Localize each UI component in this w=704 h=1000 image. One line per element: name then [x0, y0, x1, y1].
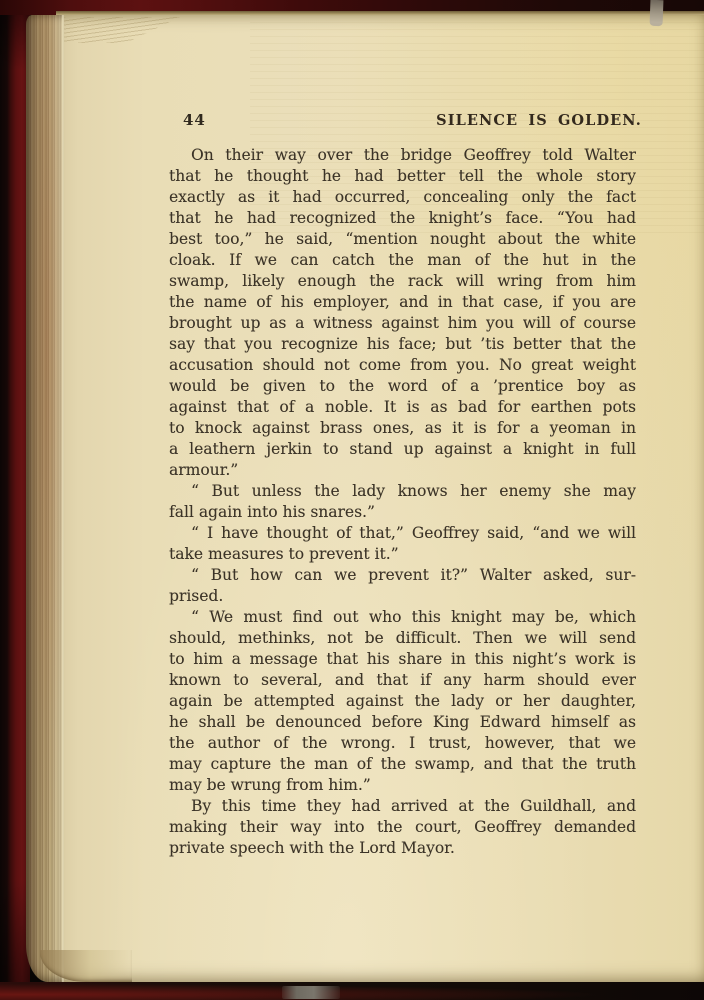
text-line: swamp, likely enough the rack will wring…	[169, 271, 636, 292]
text-line: “ But how can we prevent it?” Walter ask…	[169, 565, 636, 586]
paragraph: “ We must find out who this knight may b…	[169, 607, 636, 796]
paragraph: “ But unless the lady knows her enemy sh…	[169, 481, 636, 523]
paragraph: “ I have thought of that,” Geoffrey said…	[169, 523, 636, 565]
text-line: against that of a noble. It is as bad fo…	[169, 397, 636, 418]
text-line: would be given to the word of a ’prentic…	[169, 376, 636, 397]
text-line: to him a message that his share in this …	[169, 649, 636, 670]
text-line: private speech with the Lord Mayor.	[169, 838, 636, 859]
text-line: cloak. If we can catch the man of the hu…	[169, 250, 636, 271]
text-line: that he thought he had better tell the w…	[169, 166, 636, 187]
bottom-smudge	[282, 986, 340, 999]
bookmark-tab	[650, 0, 664, 26]
text-line: known to several, and that if any harm s…	[169, 670, 636, 691]
text-line: By this time they had arrived at the Gui…	[169, 796, 636, 817]
text-line: may capture the man of the swamp, and th…	[169, 754, 636, 775]
running-header: SILENCE IS GOLDEN.	[409, 112, 669, 129]
book-scan: 44 SILENCE IS GOLDEN. On their way over …	[0, 0, 704, 1000]
text-line: “ I have thought of that,” Geoffrey said…	[169, 523, 636, 544]
text-line: again be attempted against the lady or h…	[169, 691, 636, 712]
text-line: that he had recognized the knight’s face…	[169, 208, 636, 229]
text-line: should, methinks, not be difficult. Then…	[169, 628, 636, 649]
page-edge-stack	[26, 15, 64, 982]
text-line: prised.	[169, 586, 636, 607]
text-line: brought up as a witness against him you …	[169, 313, 636, 334]
text-line: may be wrung from him.”	[169, 775, 636, 796]
text-line: On their way over the bridge Geoffrey to…	[169, 145, 636, 166]
text-line: best too,” he said, “mention nought abou…	[169, 229, 636, 250]
page-header: 44 SILENCE IS GOLDEN.	[169, 111, 636, 133]
text-line: exactly as it had occurred, concealing o…	[169, 187, 636, 208]
text-line: “ But unless the lady knows her enemy sh…	[169, 481, 636, 502]
paragraph: “ But how can we prevent it?” Walter ask…	[169, 565, 636, 607]
text-line: fall again into his snares.”	[169, 502, 636, 523]
text-line: “ We must find out who this knight may b…	[169, 607, 636, 628]
book-cover-bottom-edge	[0, 982, 704, 1000]
text-line: armour.”	[169, 460, 636, 481]
page-body: On their way over the bridge Geoffrey to…	[169, 145, 636, 859]
text-line: take measures to prevent it.”	[169, 544, 636, 565]
text-line: the name of his employer, and in that ca…	[169, 292, 636, 313]
page-number: 44	[183, 111, 206, 129]
text-line: he shall be denounced before King Edward…	[169, 712, 636, 733]
text-line: say that you recognize his face; but ’ti…	[169, 334, 636, 355]
text-line: to knock against brass ones, as it is fo…	[169, 418, 636, 439]
text-line: accusation should not come from you. No …	[169, 355, 636, 376]
book-page: 44 SILENCE IS GOLDEN. On their way over …	[56, 15, 704, 982]
text-line: the author of the wrong. I trust, howeve…	[169, 733, 636, 754]
paragraph: By this time they had arrived at the Gui…	[169, 796, 636, 859]
text-line: making their way into the court, Geoffre…	[169, 817, 636, 838]
text-line: a leathern jerkin to stand up against a …	[169, 439, 636, 460]
paragraph: On their way over the bridge Geoffrey to…	[169, 145, 636, 481]
